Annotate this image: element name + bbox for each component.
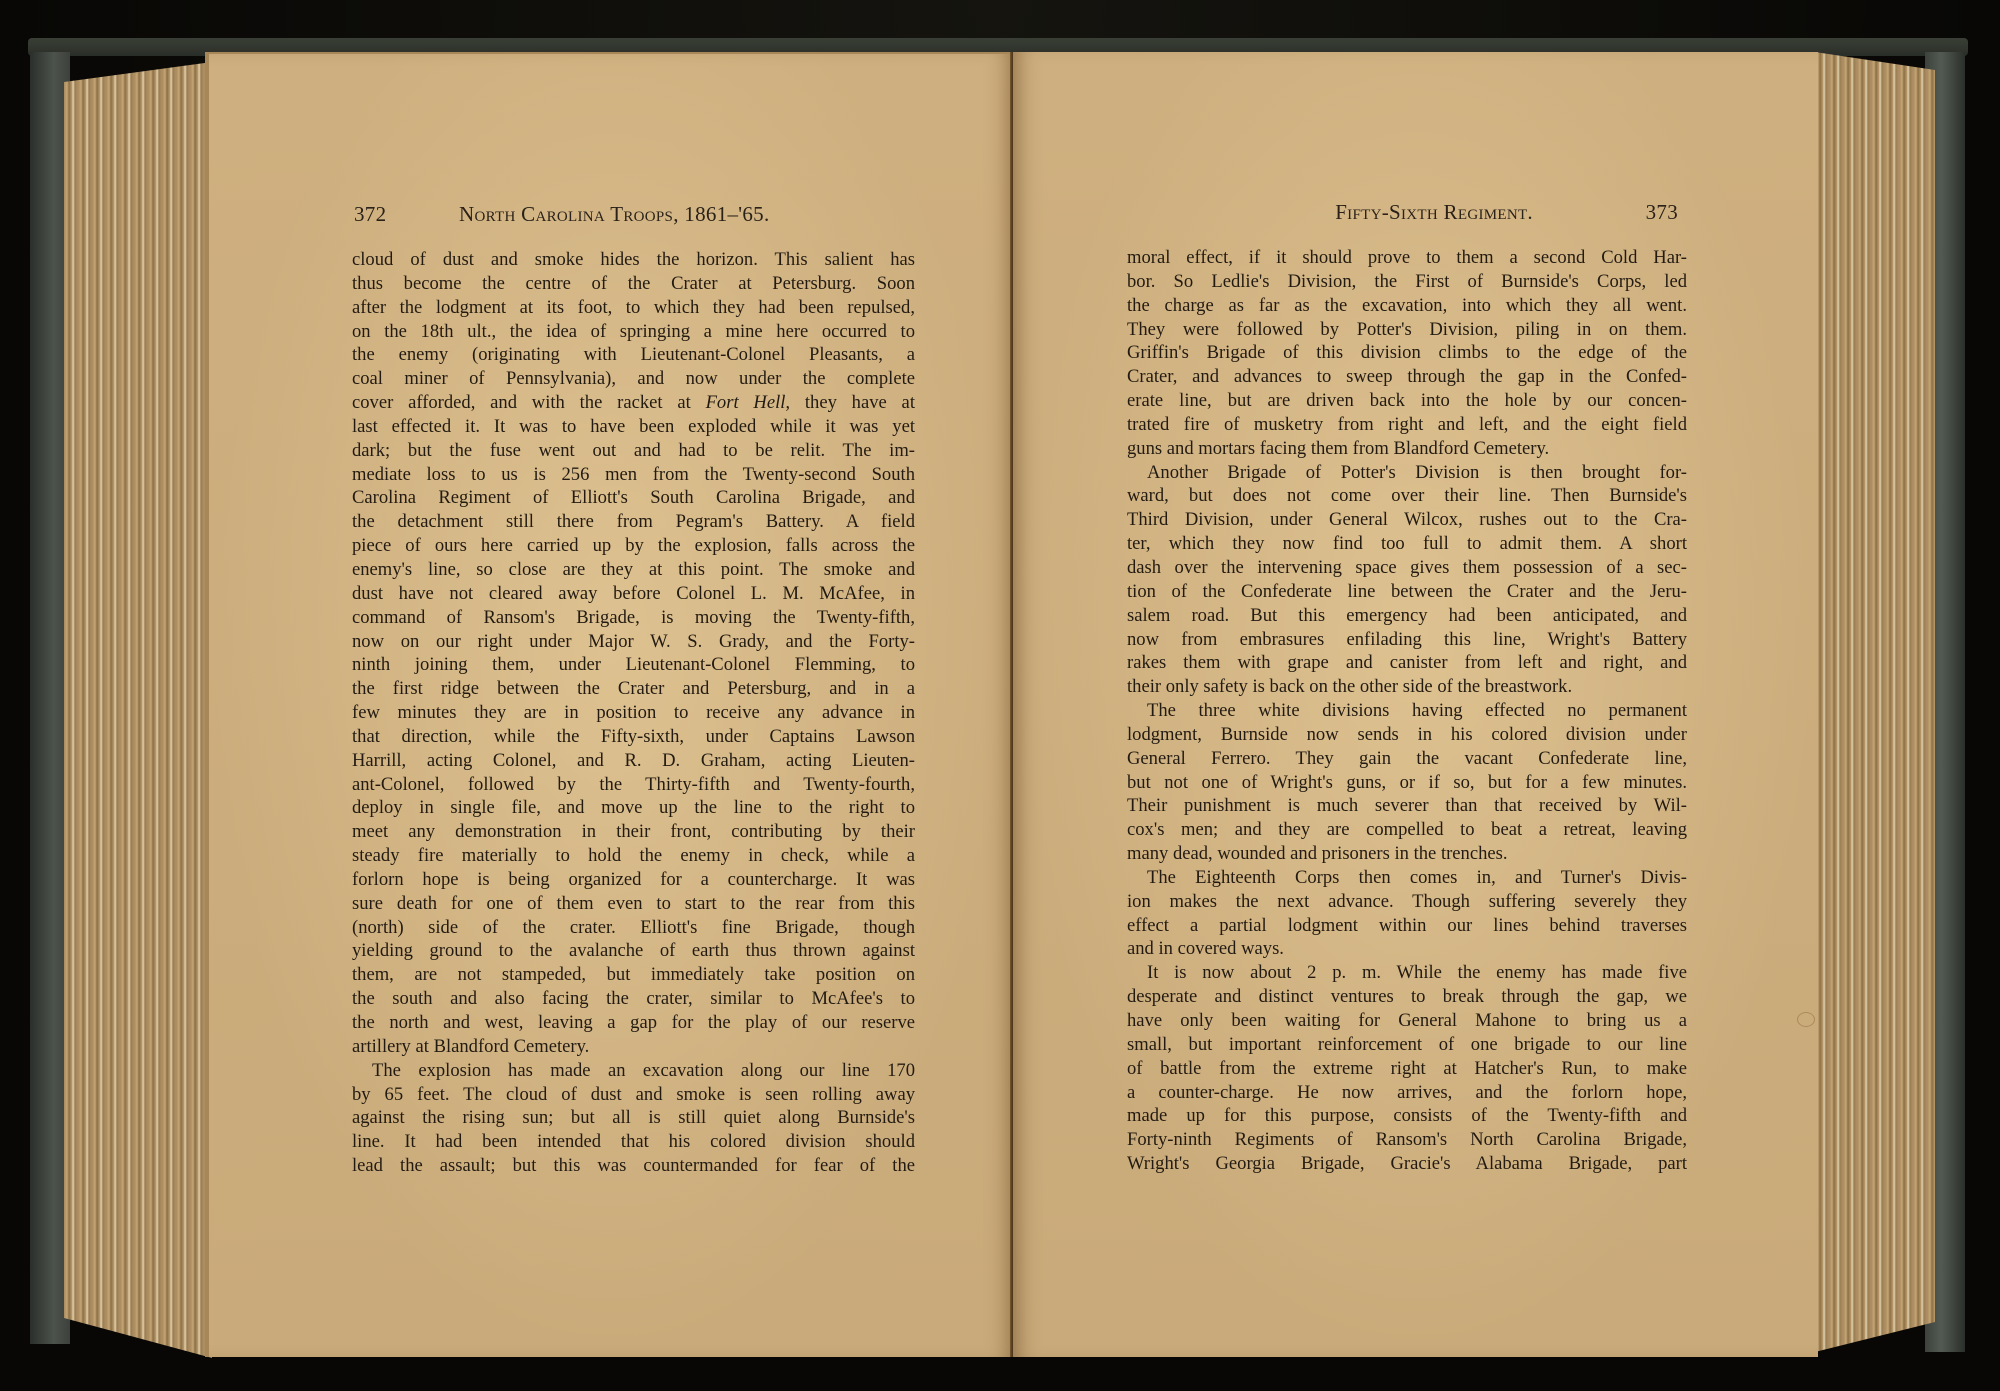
text-line: ion makes the next advance. Though suffe… [1127,890,1687,914]
text-line: They were followed by Potter's Division,… [1127,318,1687,342]
text-line: have only been waiting for General Mahon… [1127,1009,1687,1033]
text-line: the south and also facing the crater, si… [352,987,915,1011]
text-line: the north and west, leaving a gap for th… [352,1011,915,1035]
text-line: ter, which they now find too full to adm… [1127,532,1687,556]
text-line: Forty-ninth Regiments of Ransom's North … [1127,1128,1687,1152]
text-line: Wright's Georgia Brigade, Gracie's Alaba… [1127,1152,1687,1176]
text-line: coal miner of Pennsylvania), and now und… [352,367,915,391]
page-stack-left [64,62,212,1358]
scanned-book-spread: 372 North Carolina Troops, 1861–'65. clo… [0,0,2000,1391]
text-line: guns and mortars facing them from Blandf… [1127,437,1687,461]
running-head-title: Fifty-Sixth Regiment. [1335,200,1533,225]
text-line: many dead, wounded and prisoners in the … [1127,842,1687,866]
text-line: Their punishment is much severer than th… [1127,794,1687,818]
text-line: ant-Colonel, followed by the Thirty-fift… [352,773,915,797]
text-line: trated fire of musketry from right and l… [1127,413,1687,437]
text-line: tion of the Confederate line between the… [1127,580,1687,604]
text-line: forlorn hope is being organized for a co… [352,868,915,892]
text-line: lodgment, Burnside now sends in his colo… [1127,723,1687,747]
text-line: meet any demonstration in their front, c… [352,820,915,844]
text-line: ninth joining them, under Lieutenant-Col… [352,653,915,677]
text-line: the enemy (originating with Lieutenant-C… [352,343,915,367]
text-line: a counter-charge. He now arrives, and th… [1127,1081,1687,1105]
text-line: now on our right under Major W. S. Grady… [352,630,915,654]
text-line: bor. So Ledlie's Division, the First of … [1127,270,1687,294]
text-line: sure death for one of them even to start… [352,892,915,916]
text-line: them, are not stampeded, but immediately… [352,963,915,987]
text-line: cover afforded, and with the racket at F… [352,391,915,415]
text-line: rakes them with grape and canister from … [1127,651,1687,675]
text-line: It is now about 2 p. m. While the enemy … [1127,961,1687,985]
text-line: Another Brigade of Potter's Division is … [1127,461,1687,485]
text-line: Crater, and advances to sweep through th… [1127,365,1687,389]
text-line: line. It had been intended that his colo… [352,1130,915,1154]
text-line: thus become the centre of the Crater at … [352,272,915,296]
text-line: and in covered ways. [1127,937,1687,961]
text-line: deploy in single file, and move up the l… [352,796,915,820]
text-line: dust have not cleared away before Colone… [352,582,915,606]
page-number: 373 [1646,200,1678,225]
text-line: The three white divisions having effecte… [1127,699,1687,723]
text-line: on the 18th ult., the idea of springing … [352,320,915,344]
text-line: steady fire materially to hold the enemy… [352,844,915,868]
text-line: made up for this purpose, consists of th… [1127,1104,1687,1128]
text-line: yielding ground to the avalanche of eart… [352,939,915,963]
page-number: 372 [354,202,386,227]
text-line: mediate loss to us is 256 men from the T… [352,463,915,487]
text-line: last effected it. It was to have been ex… [352,415,915,439]
text-line: effect a partial lodgment within our lin… [1127,914,1687,938]
text-line: artillery at Blandford Cemetery. [352,1035,915,1059]
text-line: ward, but does not come over their line.… [1127,484,1687,508]
background-mark [1300,0,1540,16]
text-line: their only safety is back on the other s… [1127,675,1687,699]
text-line: erate line, but are driven back into the… [1127,389,1687,413]
left-page-body-text: cloud of dust and smoke hides the horizo… [352,248,915,1178]
right-page: Fifty-Sixth Regiment. 373 moral effect, … [1013,52,1818,1357]
text-line: by 65 feet. The cloud of dust and smoke … [352,1083,915,1107]
text-line: the charge as far as the excavation, int… [1127,294,1687,318]
text-line: piece of ours here carried up by the exp… [352,534,915,558]
text-line: dark; but the fuse went out and had to b… [352,439,915,463]
text-line: enemy's line, so close are they at this … [352,558,915,582]
text-line: against the rising sun; but all is still… [352,1106,915,1130]
text-line: The Eighteenth Corps then comes in, and … [1127,866,1687,890]
text-line: moral effect, if it should prove to them… [1127,246,1687,270]
text-line: the first ridge between the Crater and P… [352,677,915,701]
text-line: cox's men; and they are compelled to bea… [1127,818,1687,842]
text-line: Harrill, acting Colonel, and R. D. Graha… [352,749,915,773]
text-line: now from embrasures enfilading this line… [1127,628,1687,652]
running-head-title: North Carolina Troops, 1861–'65. [459,202,770,227]
text-line: command of Ransom's Brigade, is moving t… [352,606,915,630]
text-line: Griffin's Brigade of this division climb… [1127,341,1687,365]
text-line: after the lodgment at its foot, to which… [352,296,915,320]
italic-place-name: Fort Hell, [706,392,791,413]
page-stack-right [1815,52,1935,1352]
text-line: cloud of dust and smoke hides the horizo… [352,248,915,272]
text-line: that direction, while the Fifty-sixth, u… [352,725,915,749]
text-line: small, but important reinforcement of on… [1127,1033,1687,1057]
text-line: Carolina Regiment of Elliott's South Car… [352,486,915,510]
paper-stain [1797,1012,1815,1027]
text-line: Third Division, under General Wilcox, ru… [1127,508,1687,532]
text-line: the detachment still there from Pegram's… [352,510,915,534]
text-line: lead the assault; but this was counterma… [352,1154,915,1178]
text-line: desperate and distinct ventures to break… [1127,985,1687,1009]
text-line: (north) side of the crater. Elliott's fi… [352,916,915,940]
right-page-body-text: moral effect, if it should prove to them… [1127,246,1687,1176]
text-line: few minutes they are in position to rece… [352,701,915,725]
text-line: dash over the intervening space gives th… [1127,556,1687,580]
text-line: but not one of Wright's guns, or if so, … [1127,771,1687,795]
text-line: General Ferrero. They gain the vacant Co… [1127,747,1687,771]
left-page: 372 North Carolina Troops, 1861–'65. clo… [205,52,1013,1357]
text-line: salem road. But this emergency had been … [1127,604,1687,628]
text-line: of battle from the extreme right at Hatc… [1127,1057,1687,1081]
text-line: The explosion has made an excavation alo… [352,1059,915,1083]
